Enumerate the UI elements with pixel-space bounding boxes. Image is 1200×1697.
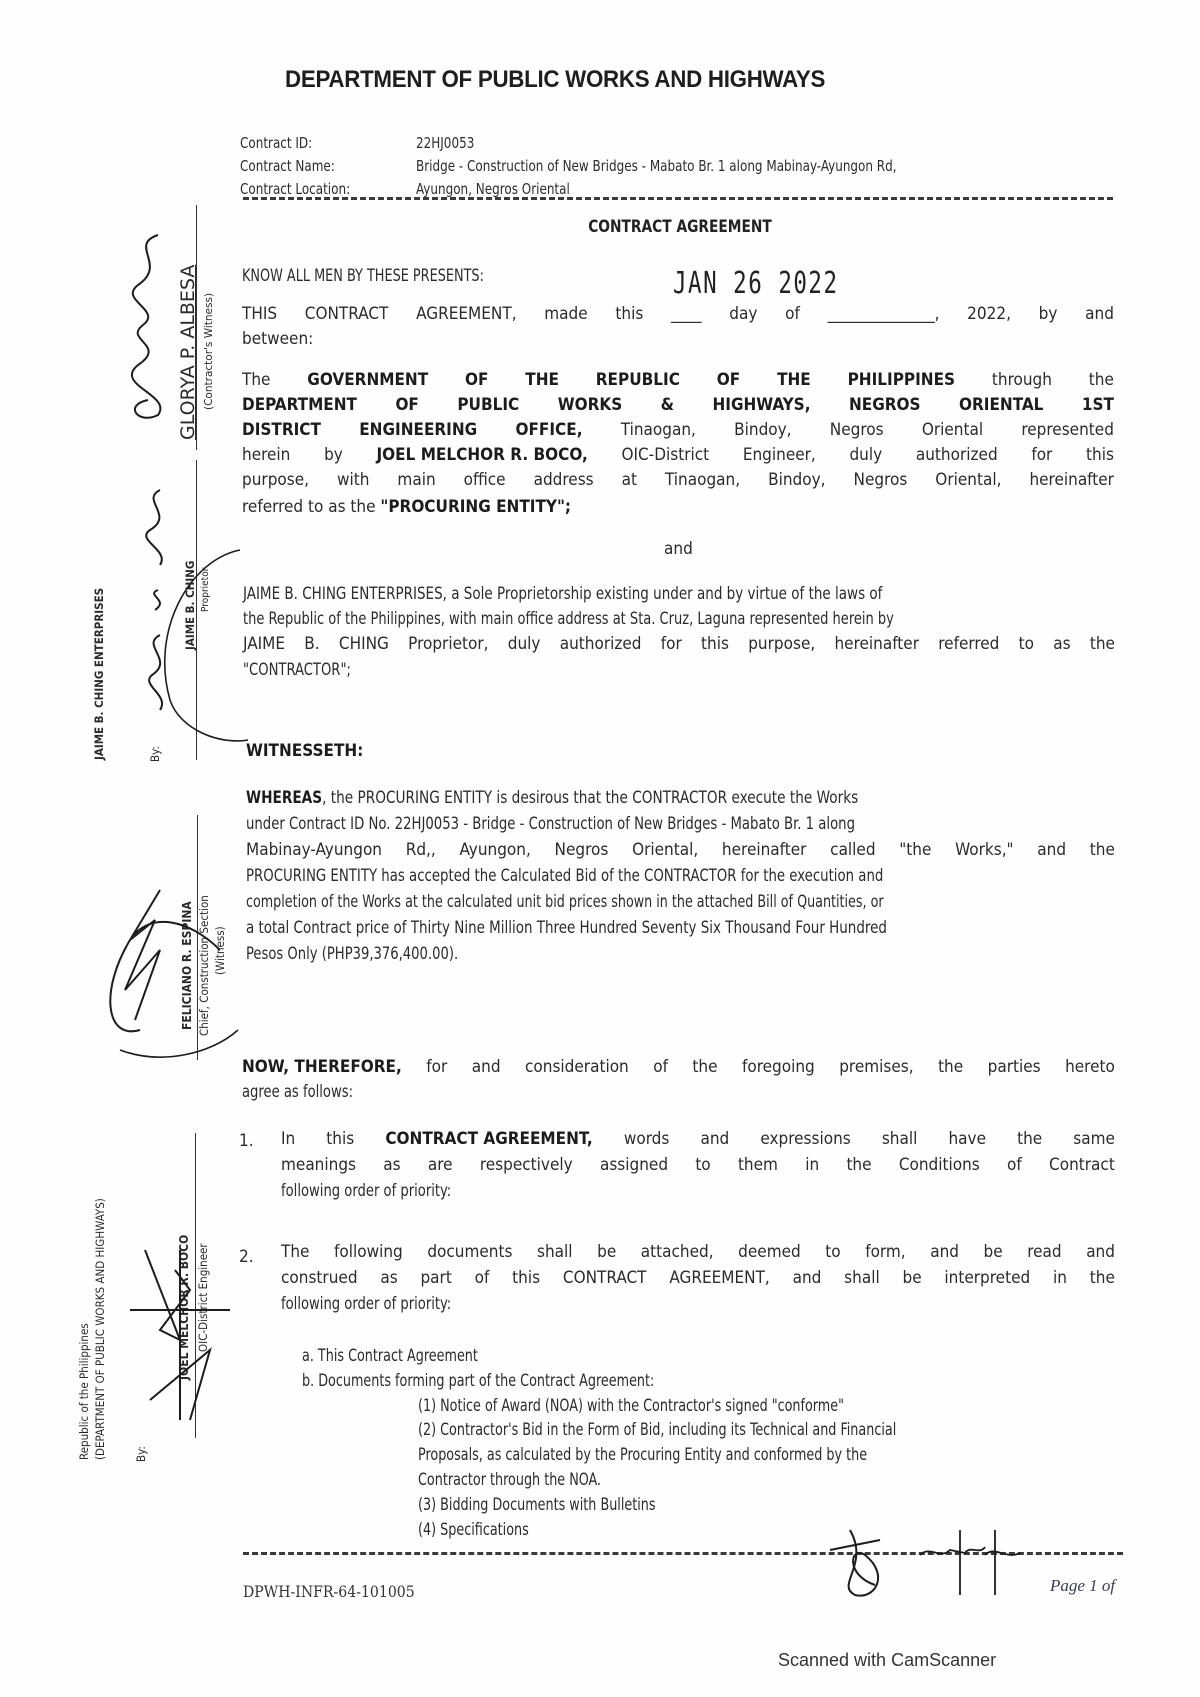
- engineer-signature-icon: [120, 1230, 240, 1430]
- word: Oriental,: [632, 840, 698, 860]
- word: and: [472, 1057, 501, 1077]
- know-all-men: KNOW ALL MEN BY THESE PRESENTS:: [242, 266, 484, 286]
- clause-1-line-1: InthisCONTRACT AGREEMENT,wordsandexpress…: [281, 1129, 1115, 1149]
- word: at: [622, 470, 637, 490]
- word: and: [1085, 304, 1114, 324]
- contractor-company-name: JAIME B. CHING ENTERPRISES: [92, 588, 106, 760]
- clause-2-number: 2.: [239, 1247, 254, 1267]
- item-b1: (1) Notice of Award (NOA) with the Contr…: [418, 1396, 844, 1415]
- clause-1-number: 1.: [239, 1131, 254, 1151]
- word: WORKS: [558, 395, 623, 415]
- word: of: [1007, 1155, 1022, 1175]
- party2-line-4: "CONTRACTOR";: [243, 660, 351, 680]
- word: In: [281, 1129, 295, 1149]
- word: OFFICE,: [515, 420, 582, 440]
- whereas-line-2: under Contract ID No. 22HJ0053 - Bridge …: [246, 814, 855, 834]
- date-stamp: JAN 26 2022: [673, 266, 839, 301]
- word: hereinafter: [1029, 470, 1114, 490]
- word: purpose,: [748, 634, 815, 654]
- word: The: [281, 1242, 309, 1262]
- department-line: (DEPARTMENT OF PUBLIC WORKS AND HIGHWAYS…: [93, 1198, 107, 1460]
- party1-line-3: DISTRICTENGINEERINGOFFICE,Tinaogan,Bindo…: [242, 420, 1114, 440]
- word: Proprietor,: [408, 634, 488, 654]
- word: same: [1073, 1129, 1115, 1149]
- word: DISTRICT: [242, 420, 321, 440]
- word: main: [397, 470, 435, 490]
- word: and: [1086, 1242, 1115, 1262]
- word: to: [1019, 634, 1034, 654]
- word: the: [692, 1057, 717, 1077]
- word: be: [903, 1268, 922, 1288]
- whereas-line-3: Mabinay-AyungonRd,,Ayungon,NegrosOrienta…: [246, 840, 1115, 860]
- party2-line-2: the Republic of the Philippines, with ma…: [243, 609, 894, 629]
- word: this: [512, 1268, 540, 1288]
- witnesseth-heading: WITNESSETH:: [246, 741, 363, 761]
- word: purpose,: [242, 470, 309, 490]
- word: 1ST: [1082, 395, 1114, 415]
- clause-2-line-2: construedaspartofthisCONTRACTAGREEMENT,a…: [281, 1268, 1115, 1288]
- word: duly: [508, 634, 541, 654]
- party2-line-3: JAIMEB.CHINGProprietor,dulyauthorizedfor…: [243, 634, 1115, 654]
- word: made: [544, 304, 587, 324]
- party1-line-4: hereinbyJOEL MELCHOR R. BOCO,OIC-Distric…: [242, 445, 1114, 465]
- word: the: [938, 1057, 963, 1077]
- whereas-line-4: PROCURING ENTITY has accepted the Calcul…: [246, 866, 883, 886]
- word: authorized: [560, 634, 642, 654]
- word: THE: [525, 370, 559, 390]
- word: words: [624, 1129, 670, 1149]
- word: the: [846, 1155, 871, 1175]
- word: parties: [988, 1057, 1041, 1077]
- word: Oriental,: [935, 470, 1001, 490]
- word: "the: [899, 840, 931, 860]
- whereas-line-6: a total Contract price of Thirty Nine Mi…: [246, 918, 887, 938]
- word: hereto: [1065, 1057, 1115, 1077]
- contract-name-value: Bridge - Construction of New Bridges - M…: [416, 155, 897, 178]
- word: the: [1017, 1129, 1042, 1149]
- word: respectively: [480, 1155, 573, 1175]
- word: REPUBLIC: [596, 370, 680, 390]
- clause-1-line-3: following order of priority:: [281, 1181, 451, 1201]
- word: 2022,: [967, 304, 1011, 324]
- word: B.: [304, 634, 319, 654]
- contract-name-label: Contract Name:: [240, 155, 391, 178]
- word: shall: [844, 1268, 880, 1288]
- item-b: b. Documents forming part of the Contrac…: [302, 1371, 654, 1390]
- word: and: [793, 1268, 822, 1288]
- word: OIC-District: [621, 445, 709, 465]
- word: Tinaogan,: [665, 470, 740, 490]
- word: to: [825, 1242, 840, 1262]
- word: Rd,,: [406, 840, 436, 860]
- word: assigned: [600, 1155, 668, 1175]
- word: Bindoy,: [768, 470, 825, 490]
- word: premises,: [839, 1057, 913, 1077]
- word: by: [324, 445, 343, 465]
- preamble-line-1: THISCONTRACTAGREEMENT,madethis____dayof_…: [242, 304, 1114, 324]
- word: Mabinay-Ayungon: [246, 840, 382, 860]
- word: Bindoy,: [734, 420, 791, 440]
- word: Engineer,: [743, 445, 816, 465]
- word: shall: [537, 1242, 573, 1262]
- word: office: [464, 470, 506, 490]
- word: in: [1053, 1268, 1067, 1288]
- word: and: [1037, 840, 1066, 860]
- word: called: [830, 840, 875, 860]
- contract-id-value: 22HJ0053: [416, 132, 474, 155]
- dpwh-witness-signature-icon: [100, 880, 240, 1060]
- page-number: Page 1 of: [1050, 1576, 1115, 1596]
- word: meanings: [281, 1155, 356, 1175]
- item-b4: (4) Specifications: [418, 1520, 529, 1539]
- word: this: [701, 634, 729, 654]
- word: Tinaogan,: [621, 420, 696, 440]
- word: authorized: [916, 445, 998, 465]
- item-a: a. This Contract Agreement: [302, 1346, 478, 1365]
- word: THIS: [242, 304, 277, 324]
- word: hereinafter: [834, 634, 919, 654]
- word: the: [1090, 840, 1115, 860]
- witness-signature-icon: [118, 225, 178, 425]
- word: following: [334, 1242, 403, 1262]
- word: herein: [242, 445, 290, 465]
- word: ENGINEERING: [359, 420, 477, 440]
- by-label-dpwh: By:: [134, 1446, 148, 1462]
- word: for: [661, 634, 682, 654]
- now-therefore-line-1: NOW, THEREFORE,forandconsiderationofthef…: [242, 1057, 1115, 1077]
- word: of: [653, 1057, 668, 1077]
- word: the: [1090, 1268, 1115, 1288]
- word: of: [475, 1268, 490, 1288]
- republic-line: Republic of the Philippines: [77, 1323, 91, 1460]
- word: of: [785, 304, 800, 324]
- word: and: [930, 1242, 959, 1262]
- clause-2-line-1: Thefollowingdocumentsshallbeattached,dee…: [281, 1242, 1115, 1262]
- now-therefore-line-2: agree as follows:: [242, 1082, 353, 1102]
- word: &: [661, 395, 674, 415]
- word: GOVERNMENT: [307, 370, 428, 390]
- word: through: [992, 370, 1052, 390]
- word: and: [700, 1129, 729, 1149]
- word: read: [1027, 1242, 1061, 1262]
- word: documents: [427, 1242, 512, 1262]
- whereas-line-7: Pesos Only (PHP39,376,400.00).: [246, 944, 458, 964]
- word: have: [948, 1129, 986, 1149]
- word: THE: [777, 370, 811, 390]
- word: foregoing: [742, 1057, 815, 1077]
- word: JOEL MELCHOR R. BOCO,: [377, 445, 588, 465]
- word: deemed: [738, 1242, 801, 1262]
- camscanner-watermark: Scanned with CamScanner: [778, 1650, 996, 1671]
- word: day: [729, 304, 757, 324]
- word: attached,: [641, 1242, 714, 1262]
- department-title: DEPARTMENT OF PUBLIC WORKS AND HIGHWAYS: [285, 66, 825, 94]
- party1-line-1: TheGOVERNMENTOFTHEREPUBLICOFTHEPHILIPPIN…: [242, 370, 1114, 390]
- word: represented: [1021, 420, 1114, 440]
- party1-line-5: purpose,withmainofficeaddressatTinaogan,…: [242, 470, 1114, 490]
- word: NOW, THEREFORE,: [242, 1057, 402, 1077]
- initials-signature-icon: [820, 1525, 1040, 1605]
- whereas-line-1: WHEREAS, the PROCURING ENTITY is desirou…: [246, 788, 858, 808]
- word: are: [428, 1155, 453, 1175]
- word: OF: [395, 395, 418, 415]
- word: HIGHWAYS,: [712, 395, 810, 415]
- word: this: [615, 304, 643, 324]
- word: hereinafter: [722, 840, 807, 860]
- word: PUBLIC: [457, 395, 519, 415]
- word: ORIENTAL: [959, 395, 1043, 415]
- word: DEPARTMENT: [242, 395, 357, 415]
- contract-id-label: Contract ID:: [240, 132, 391, 155]
- header-divider: [243, 197, 1113, 200]
- word: ______________,: [828, 304, 940, 324]
- word: ____: [671, 304, 702, 324]
- clause-1-line-2: meaningsasarerespectivelyassignedtothemi…: [281, 1155, 1115, 1175]
- scanned-contract-page: DEPARTMENT OF PUBLIC WORKS AND HIGHWAYS …: [0, 0, 1200, 1697]
- party1-line-2: DEPARTMENTOFPUBLICWORKS&HIGHWAYS,NEGROSO…: [242, 395, 1114, 415]
- word: for: [426, 1057, 447, 1077]
- word: CONTRACT: [305, 304, 389, 324]
- word: OF: [465, 370, 488, 390]
- preamble-line-2: between:: [242, 329, 313, 349]
- word: be: [597, 1242, 616, 1262]
- word: as: [1053, 634, 1070, 654]
- form-code: DPWH-INFR-64-101005: [243, 1582, 415, 1601]
- proprietor-signature-icon: [130, 470, 250, 750]
- word: this: [326, 1129, 354, 1149]
- word: CONTRACT AGREEMENT,: [385, 1129, 592, 1149]
- word: Contract: [1049, 1155, 1115, 1175]
- word: for: [1031, 445, 1052, 465]
- word: shall: [882, 1129, 918, 1149]
- word: part: [420, 1268, 451, 1288]
- word: them: [738, 1155, 778, 1175]
- clause-2-line-3: following order of priority:: [281, 1294, 451, 1314]
- word: Negros: [830, 420, 884, 440]
- contractor-witness-name: GLORYA P. ALBESA: [177, 265, 199, 440]
- word: the: [1089, 370, 1114, 390]
- contractor-witness-role: (Contractor's Witness): [203, 293, 215, 410]
- word: The: [242, 370, 270, 390]
- party2-line-1: JAIME B. CHING ENTERPRISES, a Sole Propr…: [243, 584, 882, 604]
- party1-last-line: referred to as the "PROCURING ENTITY";: [242, 497, 571, 517]
- whereas-line-5: completion of the Works at the calculate…: [246, 892, 884, 912]
- word: CONTRACT: [563, 1268, 647, 1288]
- document-title: CONTRACT AGREEMENT: [0, 217, 1200, 237]
- word: Negros: [555, 840, 609, 860]
- word: interpreted: [944, 1268, 1030, 1288]
- word: Negros: [854, 470, 908, 490]
- word: Works,": [955, 840, 1013, 860]
- word: to: [695, 1155, 710, 1175]
- word: with: [337, 470, 369, 490]
- word: Ayungon,: [459, 840, 530, 860]
- word: as: [380, 1268, 397, 1288]
- word: expressions: [760, 1129, 850, 1149]
- word: consideration: [525, 1057, 629, 1077]
- and-connector: and: [664, 539, 693, 559]
- word: CHING: [339, 634, 389, 654]
- word: Conditions: [899, 1155, 980, 1175]
- word: AGREEMENT,: [669, 1268, 769, 1288]
- word: NEGROS: [849, 395, 921, 415]
- contract-name-row: Contract Name: Bridge - Construction of …: [240, 155, 975, 178]
- word: duly: [849, 445, 882, 465]
- word: construed: [281, 1268, 358, 1288]
- word: by: [1039, 304, 1058, 324]
- item-b3: (3) Bidding Documents with Bulletins: [418, 1495, 656, 1514]
- contract-id-row: Contract ID: 22HJ0053: [240, 132, 975, 155]
- item-b2-line-2: Proposals, as calculated by the Procurin…: [418, 1445, 867, 1464]
- word: address: [534, 470, 594, 490]
- word: OF: [717, 370, 740, 390]
- contract-info-block: Contract ID: 22HJ0053 Contract Name: Bri…: [240, 132, 975, 201]
- word: this: [1086, 445, 1114, 465]
- item-b2-line-1: (2) Contractor's Bid in the Form of Bid,…: [418, 1420, 896, 1439]
- word: form,: [865, 1242, 905, 1262]
- word: as: [383, 1155, 400, 1175]
- word: PHILIPPINES: [848, 370, 956, 390]
- word: Oriental: [922, 420, 983, 440]
- word: referred: [938, 634, 999, 654]
- item-b2-line-3: Contractor through the NOA.: [418, 1470, 601, 1489]
- word: be: [984, 1242, 1003, 1262]
- word: the: [1090, 634, 1115, 654]
- word: in: [805, 1155, 819, 1175]
- word: AGREEMENT,: [416, 304, 516, 324]
